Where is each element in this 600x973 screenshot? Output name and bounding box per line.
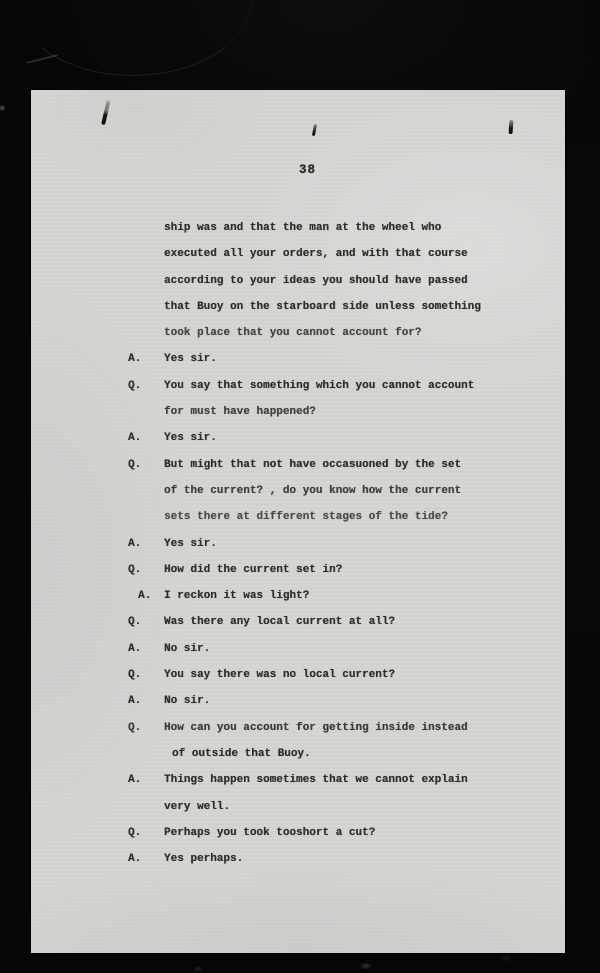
transcript-line: But might that not have occasuoned by th… bbox=[164, 452, 565, 478]
transcript-line: How can you account for getting inside i… bbox=[164, 715, 565, 741]
transcript-row: sets there at different stages of the ti… bbox=[31, 504, 565, 530]
transcript-line: very well. bbox=[164, 794, 565, 820]
transcript-line: of the current? , do you know how the cu… bbox=[164, 478, 565, 504]
transcript-line: executed all your orders, and with that … bbox=[164, 241, 565, 267]
transcript-row: of the current? , do you know how the cu… bbox=[31, 478, 565, 504]
transcript-row: Q.How did the current set in? bbox=[31, 557, 565, 583]
scanned-page-photo: 38 ship was and that the man at the whee… bbox=[0, 0, 600, 973]
transcript-row: according to your ideas you should have … bbox=[31, 268, 565, 294]
speaker-letter: A. bbox=[138, 583, 151, 609]
transcript-row: Q.Was there any local current at all? bbox=[31, 609, 565, 635]
transcript-row: for must have happened? bbox=[31, 399, 565, 425]
transcript-row: Q.How can you account for getting inside… bbox=[31, 715, 565, 741]
transcript-row: A.I reckon it was light? bbox=[31, 583, 565, 609]
transcript-row: of outside that Buoy. bbox=[31, 741, 565, 767]
ink-mark-top-right bbox=[509, 120, 514, 134]
speaker-letter: A. bbox=[128, 636, 141, 662]
speaker-letter: A. bbox=[128, 531, 141, 557]
transcript-line: How did the current set in? bbox=[164, 557, 565, 583]
transcript-row: A.No sir. bbox=[31, 688, 565, 714]
transcript-row: A.Yes sir. bbox=[31, 425, 565, 451]
document-page: 38 ship was and that the man at the whee… bbox=[31, 90, 565, 953]
speaker-letter: Q. bbox=[128, 609, 141, 635]
transcript-row: Q.But might that not have occasuoned by … bbox=[31, 452, 565, 478]
speaker-letter: A. bbox=[128, 346, 141, 372]
transcript-line: Yes perhaps. bbox=[164, 846, 565, 872]
transcript-line: Yes sir. bbox=[164, 531, 565, 557]
transcript-line: I reckon it was light? bbox=[164, 583, 565, 609]
transcript-row: A.Yes sir. bbox=[31, 531, 565, 557]
transcript-line: that Buoy on the starboard side unless s… bbox=[164, 294, 565, 320]
scan-arc-artifact bbox=[14, 0, 252, 76]
transcript-row: A.Things happen sometimes that we cannot… bbox=[31, 767, 565, 793]
transcript-line: You say there was no local current? bbox=[164, 662, 565, 688]
transcript-row: A.Yes perhaps. bbox=[31, 846, 565, 872]
transcript-line: for must have happened? bbox=[164, 399, 565, 425]
page-number: 38 bbox=[299, 163, 316, 177]
speaker-letter: A. bbox=[128, 846, 141, 872]
transcript-line: Was there any local current at all? bbox=[164, 609, 565, 635]
transcript-row: Q.You say there was no local current? bbox=[31, 662, 565, 688]
transcript-row: ship was and that the man at the wheel w… bbox=[31, 215, 565, 241]
transcript-row: Q.You say that something which you canno… bbox=[31, 373, 565, 399]
transcript-row: that Buoy on the starboard side unless s… bbox=[31, 294, 565, 320]
speaker-letter: Q. bbox=[128, 557, 141, 583]
scan-scratch-artifact bbox=[26, 54, 57, 63]
transcript-line: took place that you cannot account for? bbox=[164, 320, 565, 346]
transcript-row: very well. bbox=[31, 794, 565, 820]
ink-mark-top-left bbox=[101, 99, 111, 125]
transcript-line: Yes sir. bbox=[164, 425, 565, 451]
transcript-line: ship was and that the man at the wheel w… bbox=[164, 215, 565, 241]
transcript-row: A.No sir. bbox=[31, 636, 565, 662]
speaker-letter: Q. bbox=[128, 715, 141, 741]
transcript-row: executed all your orders, and with that … bbox=[31, 241, 565, 267]
transcript-row: took place that you cannot account for? bbox=[31, 320, 565, 346]
transcript-line: according to your ideas you should have … bbox=[164, 268, 565, 294]
transcript-row: A.Yes sir. bbox=[31, 346, 565, 372]
transcript: ship was and that the man at the wheel w… bbox=[31, 215, 565, 872]
transcript-line: Perhaps you took tooshort a cut? bbox=[164, 820, 565, 846]
speaker-letter: A. bbox=[128, 425, 141, 451]
transcript-line: You say that something which you cannot … bbox=[164, 373, 565, 399]
speaker-letter: Q. bbox=[128, 452, 141, 478]
transcript-line: No sir. bbox=[164, 688, 565, 714]
transcript-line: No sir. bbox=[164, 636, 565, 662]
speaker-letter: Q. bbox=[128, 662, 141, 688]
transcript-line: sets there at different stages of the ti… bbox=[164, 504, 565, 530]
speaker-letter: Q. bbox=[128, 820, 141, 846]
speaker-letter: A. bbox=[128, 688, 141, 714]
speaker-letter: Q. bbox=[128, 373, 141, 399]
transcript-line: of outside that Buoy. bbox=[172, 741, 565, 767]
ink-mark-top-center bbox=[312, 124, 317, 136]
transcript-row: Q.Perhaps you took tooshort a cut? bbox=[31, 820, 565, 846]
transcript-line: Things happen sometimes that we cannot e… bbox=[164, 767, 565, 793]
transcript-line: Yes sir. bbox=[164, 346, 565, 372]
speaker-letter: A. bbox=[128, 767, 141, 793]
